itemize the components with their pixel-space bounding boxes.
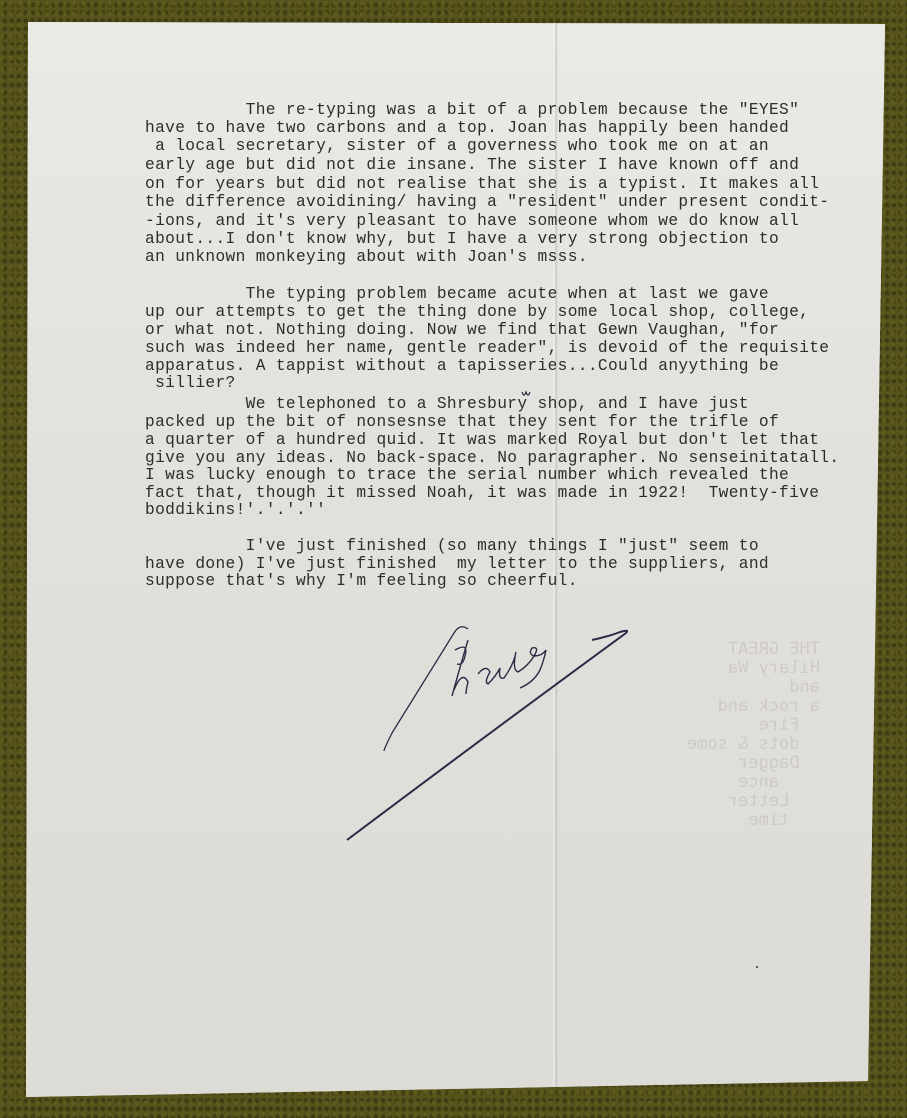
handwritten-insertion (522, 392, 530, 395)
ink-speck (756, 966, 758, 968)
letter-page: THE GREAT Hilary Wa and a rock and Fire … (0, 0, 907, 1118)
signature (0, 0, 907, 1118)
